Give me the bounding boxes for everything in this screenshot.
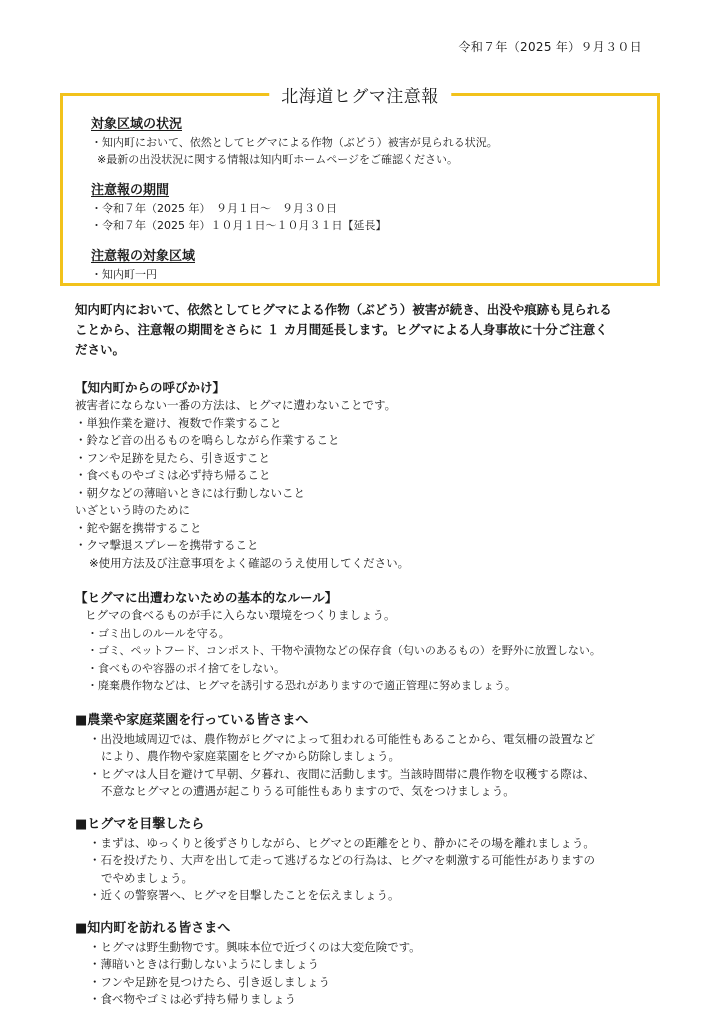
sighting-item: ・近くの警察署へ、ヒグマを目撃したことを伝えましょう。 [75, 887, 655, 905]
lead-paragraph-line: ださい。 [75, 340, 655, 360]
farmers-item-continued: 不意なヒグマとの遭遇が起こりうる可能性もありますので、気をつけましょう。 [75, 783, 655, 801]
farmers-item: ・ヒグマは人目を避けて早朝、夕暮れ、夜間に活動します。当該時間帯に農作物を収穫す… [75, 766, 655, 784]
rule-item: ・食べものや容器のポイ捨てをしない。 [75, 660, 655, 678]
notice-box-content: 対象区域の状況 ・知内町において、依然としてヒグマによる作物（ぶどう）被害が見ら… [91, 116, 647, 283]
rules-intro: ヒグマの食べるものが手に入らない環境をつくりましょう。 [75, 607, 655, 625]
visitors-item: ・食べ物やゴミは必ず持ち帰りましょう [75, 991, 655, 1009]
emergency-item: ・鉈や鋸を携帯すること [75, 520, 655, 538]
rules-section: 【ヒグマに出遭わないための基本的なルール】 ヒグマの食べるものが手に入らない環境… [75, 588, 655, 695]
rule-item: ・ゴミ出しのルールを守る。 [75, 625, 655, 643]
sighting-heading: ■ヒグマを目撃したら [75, 815, 655, 835]
appeal-item: ・食べものやゴミは必ず持ち帰ること [75, 467, 655, 485]
visitors-item: ・薄暗いときは行動しないようにしましょう [75, 956, 655, 974]
appeal-heading: 【知内町からの呼びかけ】 [75, 378, 655, 397]
appeal-item: ・鈴など音の出るものを鳴らしながら作業すること [75, 432, 655, 450]
farmers-section: ■農業や家庭菜園を行っている皆さまへ ・出没地域周辺では、農作物がヒグマによって… [75, 711, 655, 801]
target-area-line: ・知内町一円 [91, 266, 647, 283]
appeal-item: ・朝夕などの薄暗いときには行動しないこと [75, 485, 655, 503]
emergency-item: ・クマ撃退スプレーを携帯すること [75, 537, 655, 555]
sighting-section: ■ヒグマを目撃したら ・まずは、ゆっくりと後ずさりしながら、ヒグマとの距離をとり… [75, 815, 655, 905]
farmers-item-continued: により、農作物や家庭菜園をヒグマから防除しましょう。 [75, 748, 655, 766]
area-status-line: ・知内町において、依然としてヒグマによる作物（ぶどう）被害が見られる状況。 [91, 134, 647, 151]
rule-item: ・廃棄農作物などは、ヒグマを誘引する恐れがありますので適正管理に努めましょう。 [75, 677, 655, 695]
lead-paragraph-line: ことから、注意報の期間をさらに １ カ月間延長します。ヒグマによる人身事故に十分… [75, 320, 655, 340]
spray-usage-note: ※使用方法及び注意事項をよく確認のうえ使用してください。 [75, 555, 655, 573]
notice-box: 北海道ヒグマ注意報 対象区域の状況 ・知内町において、依然としてヒグマによる作物… [60, 93, 660, 286]
appeal-section: 【知内町からの呼びかけ】 被害者にならない一番の方法は、ヒグマに遭わないことです… [75, 378, 655, 572]
notice-title: 北海道ヒグマ注意報 [269, 82, 451, 107]
farmers-item: ・出没地域周辺では、農作物がヒグマによって狙われる可能性もあることから、電気柵の… [75, 731, 655, 749]
rules-heading: 【ヒグマに出遭わないための基本的なルール】 [75, 588, 655, 607]
visitors-item: ・フンや足跡を見つけたら、引き返しましょう [75, 974, 655, 992]
appeal-item: ・フンや足跡を見たら、引き返すこと [75, 450, 655, 468]
visitors-heading: ■知内町を訪れる皆さまへ [75, 919, 655, 939]
period-line: ・令和７年（2025 年） ９月１日～ ９月３０日 [91, 200, 647, 217]
emergency-intro: いざという時のために [75, 502, 655, 520]
appeal-intro: 被害者にならない一番の方法は、ヒグマに遭わないことです。 [75, 397, 655, 415]
area-status-note: ※最新の出没状況に関する情報は知内町ホームページをご確認ください。 [91, 151, 647, 168]
main-content: 知内町内において、依然としてヒグマによる作物（ぶどう）被害が続き、出没や痕跡も見… [75, 300, 655, 1009]
issue-date: 令和７年（2025 年）９月３０日 [459, 38, 642, 55]
section-heading-target-area: 注意報の対象区域 [91, 248, 647, 266]
rule-item: ・ゴミ、ペットフード、コンポスト、干物や漬物などの保存食（匂いのあるもの）を野外… [75, 642, 655, 660]
section-heading-period: 注意報の期間 [91, 182, 647, 200]
visitors-item: ・ヒグマは野生動物です。興味本位で近づくのは大変危険です。 [75, 939, 655, 957]
lead-paragraph-line: 知内町内において、依然としてヒグマによる作物（ぶどう）被害が続き、出没や痕跡も見… [75, 300, 655, 320]
sighting-item-continued: でやめましょう。 [75, 870, 655, 888]
section-heading-area-status: 対象区域の状況 [91, 116, 647, 134]
farmers-heading: ■農業や家庭菜園を行っている皆さまへ [75, 711, 655, 731]
sighting-item: ・石を投げたり、大声を出して走って逃げるなどの行為は、ヒグマを刺激する可能性があ… [75, 852, 655, 870]
period-line: ・令和７年（2025 年）１０月１日～１０月３１日【延長】 [91, 217, 647, 234]
sighting-item: ・まずは、ゆっくりと後ずさりしながら、ヒグマとの距離をとり、静かにその場を離れま… [75, 835, 655, 853]
appeal-item: ・単独作業を避け、複数で作業すること [75, 415, 655, 433]
visitors-section: ■知内町を訪れる皆さまへ ・ヒグマは野生動物です。興味本位で近づくのは大変危険で… [75, 919, 655, 1009]
